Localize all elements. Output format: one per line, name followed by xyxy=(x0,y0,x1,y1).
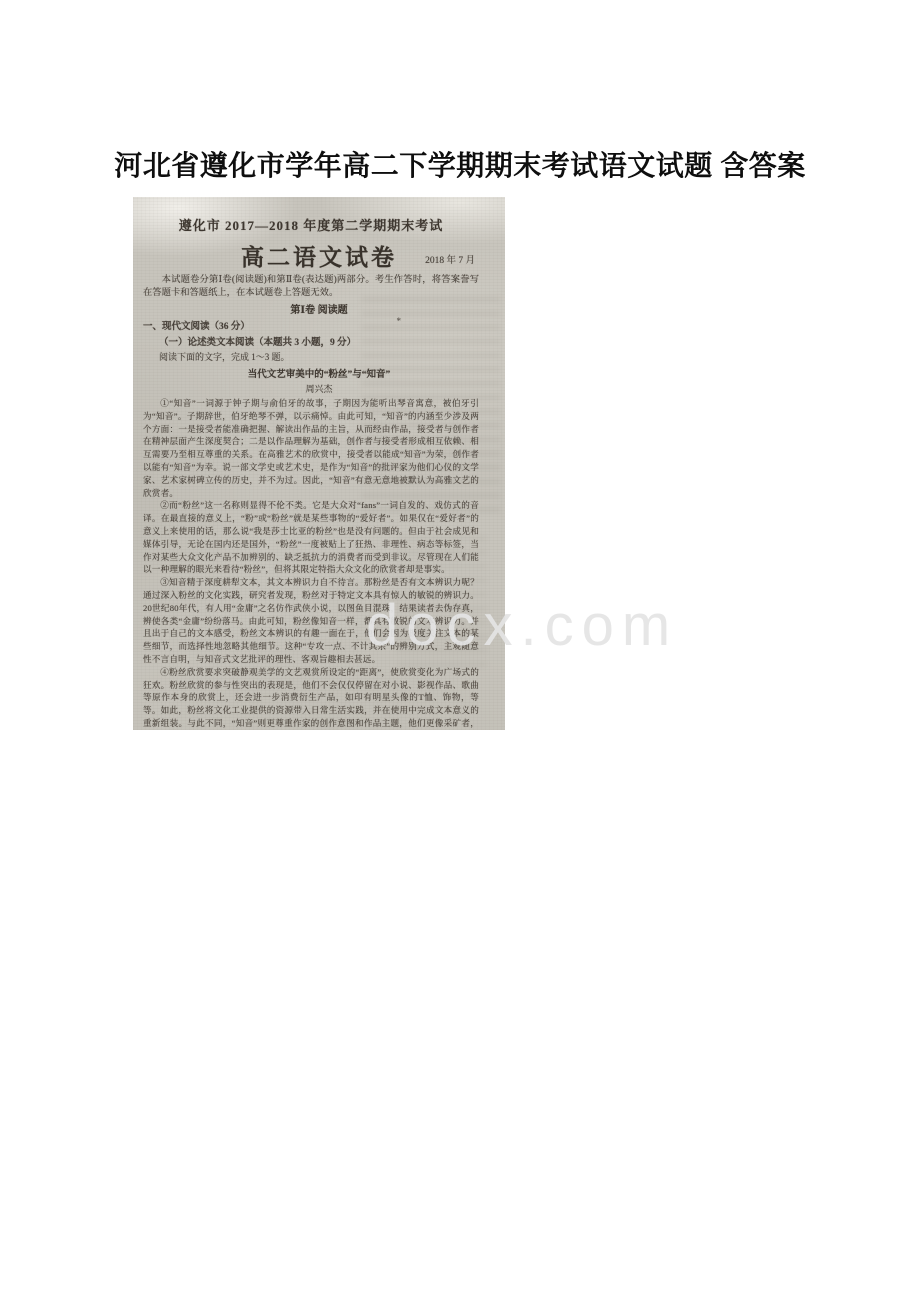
exam-header: 遵化市 2017—2018 年度第二学期期末考试 xyxy=(143,215,479,234)
subsection-heading: （一）论述类文本阅读（本题共 3 小题，9 分） xyxy=(159,334,479,348)
exam-title: 高二语文试卷 xyxy=(241,245,397,270)
passage-title: 当代文艺审美中的“粉丝”与“知音” xyxy=(133,366,505,380)
passage-paragraph: ①“知音”一词源于钟子期与俞伯牙的故事，子期因为能听出琴音寓意，被伯牙引为“知音… xyxy=(143,397,479,499)
passage-body: ①“知音”一词源于钟子期与俞伯牙的故事，子期因为能听出琴音寓意，被伯牙引为“知音… xyxy=(133,397,505,730)
reading-instruction: 阅读下面的文字，完成 1～3 题。 xyxy=(159,350,479,363)
section-title: 第Ⅰ卷 阅读题 xyxy=(133,301,505,316)
part-heading: 一、现代文阅读（36 分） * xyxy=(143,318,479,332)
passage-paragraph: ②而“粉丝”这一名称则显得不伦不类。它是大众对“fans”一词自发的、戏仿式的音… xyxy=(143,499,479,576)
exam-title-row: 高二语文试卷 2018 年 7 月 xyxy=(133,239,505,270)
passage-paragraph: ③知音精于深度耕犁文本，其文本辨识力自不待言。那粉丝是否有文本辨识力呢？通过深入… xyxy=(143,576,479,666)
exam-scan: 遵化市 2017—2018 年度第二学期期末考试 高二语文试卷 2018 年 7… xyxy=(133,197,505,730)
exam-date: 2018 年 7 月 xyxy=(425,252,475,266)
passage-paragraph: ④粉丝欣赏要求突破静观美学的文艺观赏所设定的“距离”，使欣赏变化为广场式的狂欢。… xyxy=(143,666,479,730)
star-artifact: * xyxy=(397,316,402,326)
page-title: 河北省遵化市学年高二下学期期末考试语文试题 含答案 xyxy=(0,144,920,184)
exam-notice: 本试题卷分第Ⅰ卷(阅读题)和第Ⅱ卷(表达题)两部分。考生作答时，将答案誊写在答题… xyxy=(143,274,479,299)
part-heading-text: 一、现代文阅读（36 分） xyxy=(143,322,250,332)
passage-author: 周兴杰 xyxy=(133,382,505,395)
